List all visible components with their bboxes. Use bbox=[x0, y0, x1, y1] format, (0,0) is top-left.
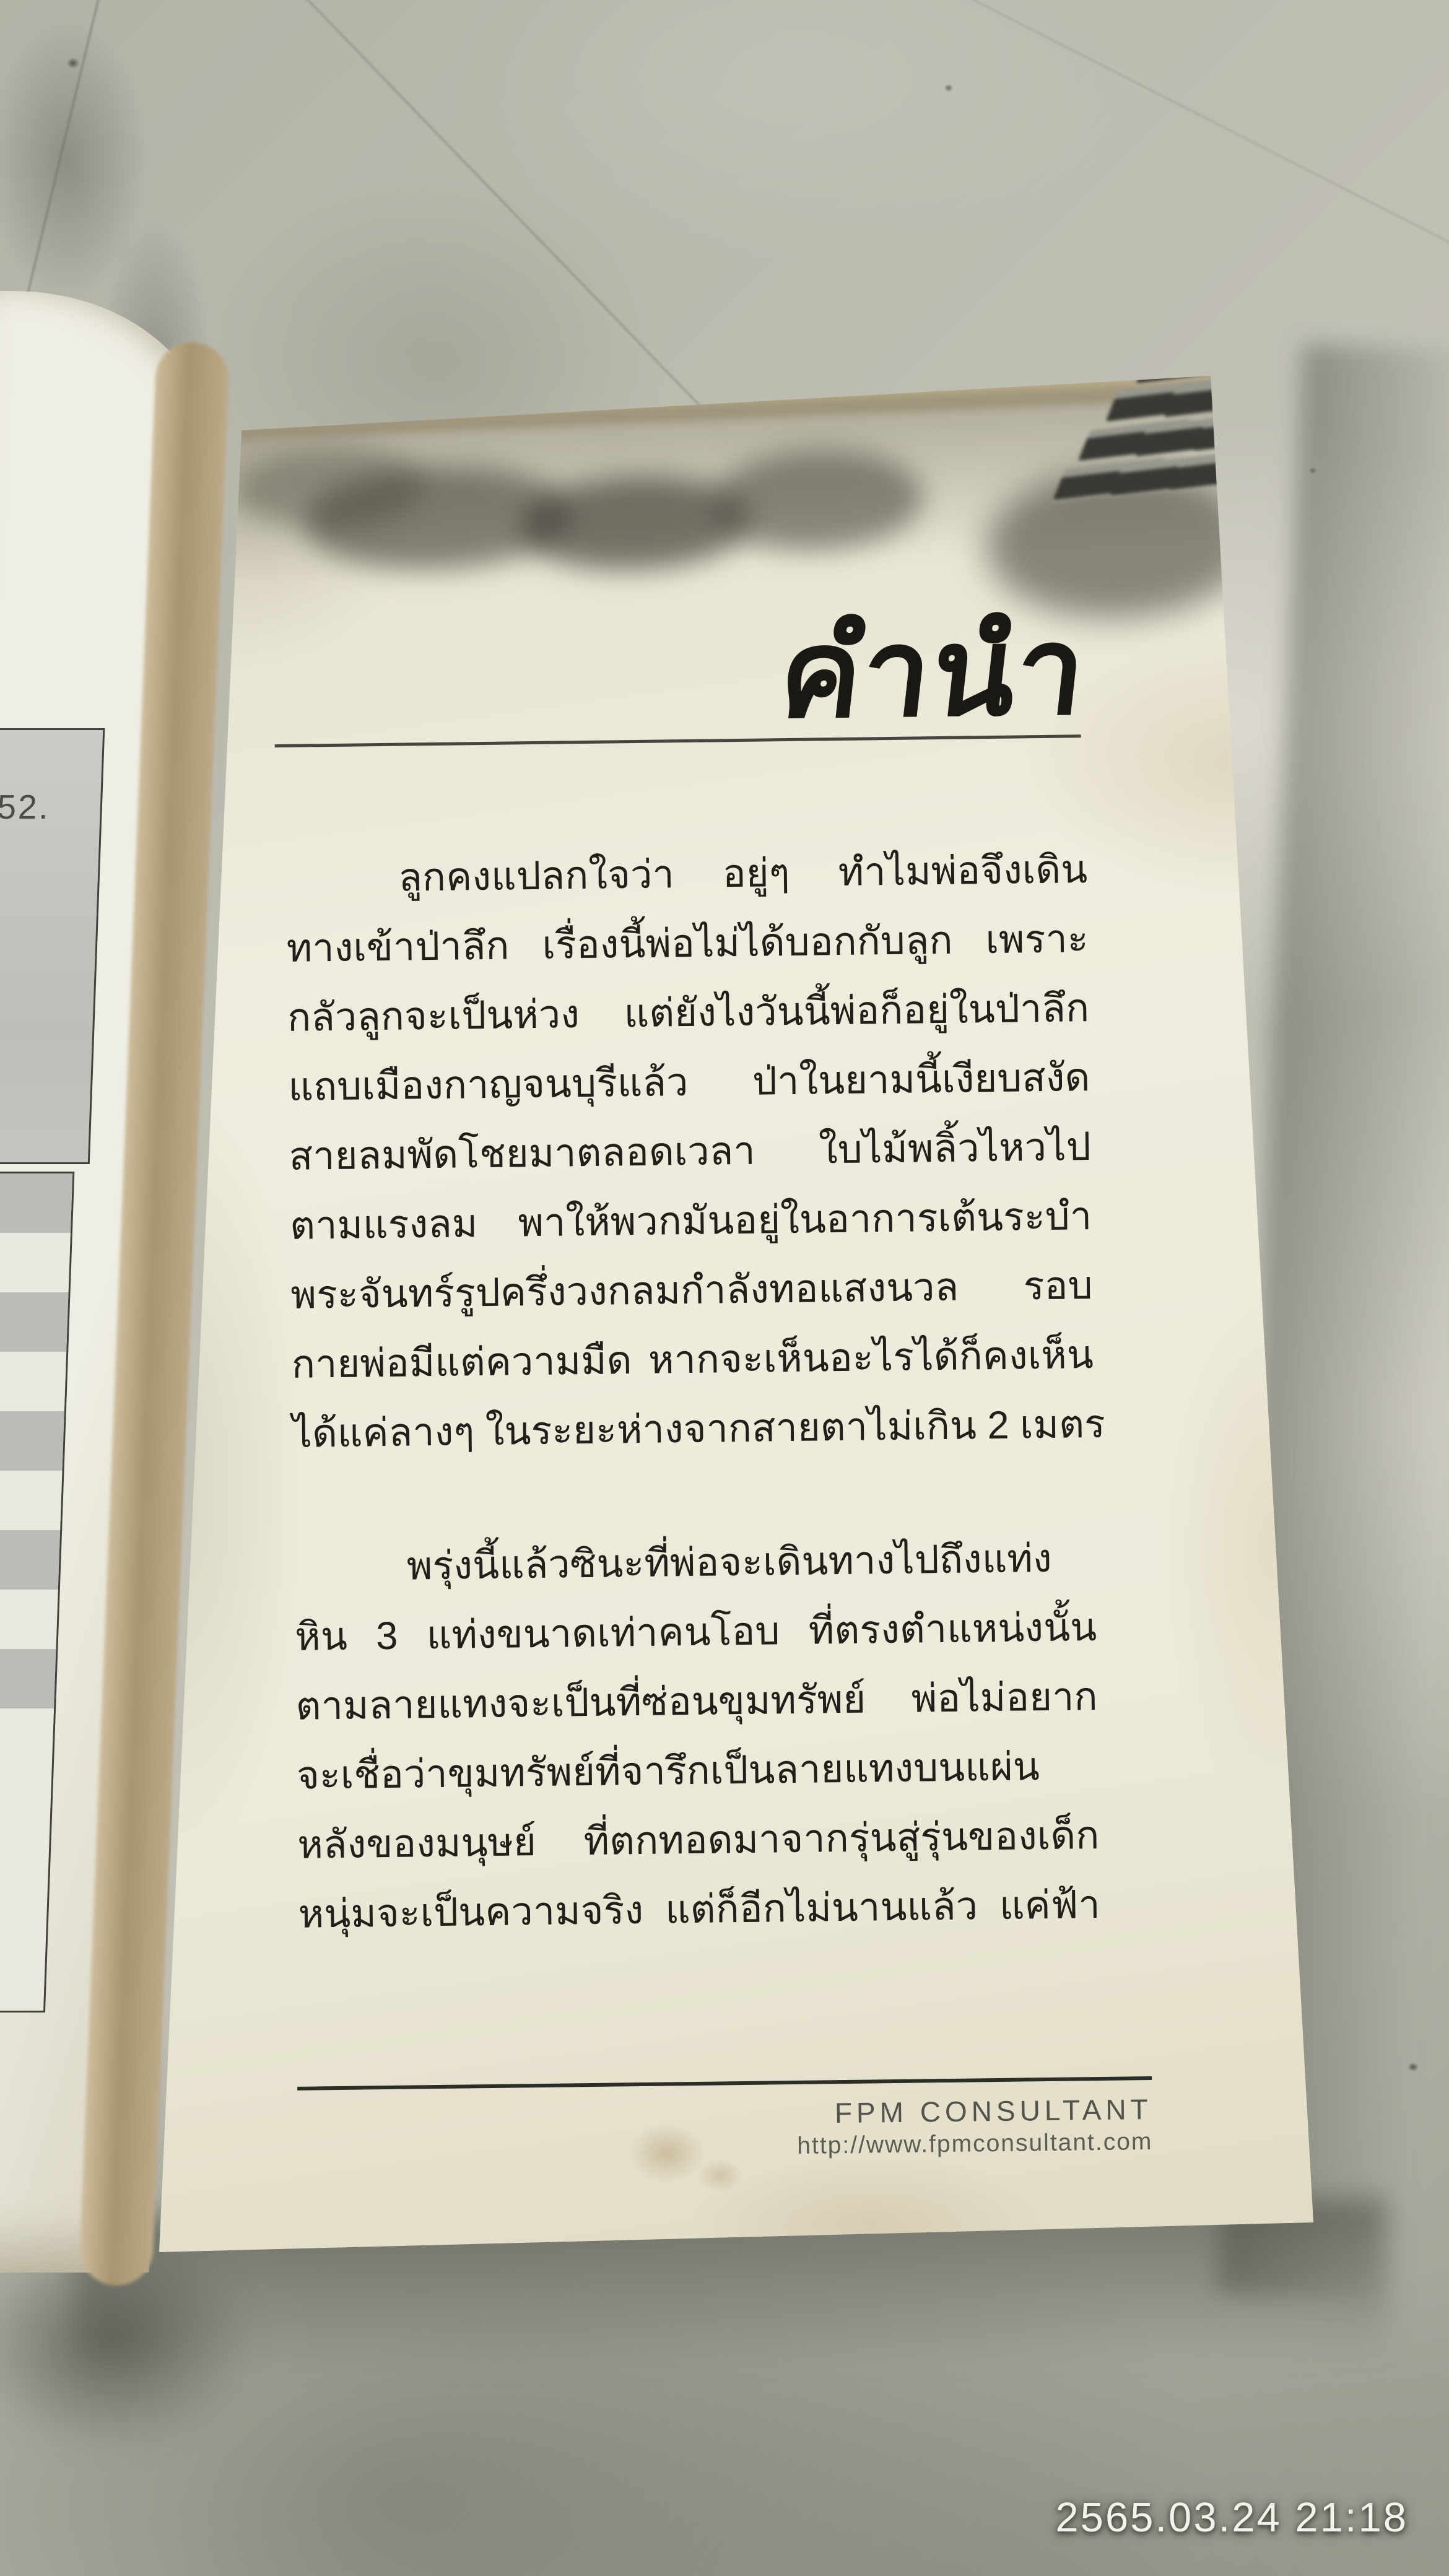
left-page-striped-table: 30 3-9 bbox=[0, 1172, 74, 2012]
text-line: จะเชื่อว่าขุมทรัพย์ที่จารึกเป็นลายแทงบนแ… bbox=[296, 1731, 1099, 1811]
page-content: คำนำ ลูกคงแปลกใจว่า อยู่ๆ ทำไมพ่อจึงเดิน… bbox=[146, 362, 1333, 2271]
text-line: พรุ่งนี้แล้วซินะที่พ่อจะเดินทางไปถึงแท่ง bbox=[294, 1523, 1096, 1603]
text-line: ลูกคงแปลกใจว่า อยู่ๆ ทำไมพ่อจึงเดิน bbox=[285, 835, 1088, 914]
text-line: หลังของมนุษย์ ที่ตกทอดมาจากรุ่นสู่รุ่นขอ… bbox=[297, 1801, 1100, 1880]
text-line: พระจันทร์รูปครึ่งวงกลมกำลังทอแสงนวล รอบ bbox=[290, 1251, 1093, 1330]
text-line: แถบเมืองกาญจนบุรีแล้ว ป่าในยามนี้เงียบสง… bbox=[288, 1043, 1090, 1122]
text-line: กลัวลูกจะเป็นห่วง แต่ยังไงวันนี้พ่อก็อยู… bbox=[287, 973, 1089, 1053]
footer-rule bbox=[297, 2076, 1152, 2091]
text-line: หิน 3 แท่งขนาดเท่าคนโอบ ที่ตรงตำแหน่งนั้… bbox=[295, 1593, 1097, 1672]
text-line: ได้แค่ลางๆ ในระยะห่างจากสายตาไม่เกิน 2 เ… bbox=[292, 1390, 1095, 1469]
body-paragraph-1: ลูกคงแปลกใจว่า อยู่ๆ ทำไมพ่อจึงเดินทางเข… bbox=[285, 835, 1095, 1469]
table-stripes bbox=[0, 1173, 72, 1731]
text-line: ตามลายแทงจะเป็นที่ซ่อนขุมทรัพย์ พ่อไม่อย… bbox=[295, 1662, 1098, 1741]
footer-url: http://www.fpmconsultant.com bbox=[797, 2128, 1153, 2160]
footer-company: FPM CONSULTANT bbox=[835, 2092, 1152, 2130]
text-line: ตามแรงลม พาให้พวกมันอยู่ในอาการเต้นระบำ bbox=[289, 1181, 1092, 1261]
text-line: กายพ่อมีแต่ความมืด หากจะเห็นอะไรได้ก็คงเ… bbox=[291, 1320, 1094, 1399]
body-paragraph-2: พรุ่งนี้แล้วซินะที่พ่อจะเดินทางไปถึงแท่ง… bbox=[294, 1523, 1100, 1949]
title-rule bbox=[275, 734, 1081, 747]
text-line: ทางเข้าป่าลึก เรื่องนี้พ่อไม่ได้บอกกับลู… bbox=[286, 904, 1089, 983]
left-page-figure-box: 552. bbox=[0, 728, 105, 1164]
citation-fragment: 552. bbox=[0, 787, 51, 827]
text-line: สายลมพัดโชยมาตลอดเวลา ใบไม้พลิ้วไหวไป bbox=[289, 1112, 1091, 1191]
page-title: คำนำ bbox=[773, 603, 1094, 742]
book-photo: 552. 30 3-9 bbox=[0, 0, 1449, 2576]
right-page: คำนำ ลูกคงแปลกใจว่า อยู่ๆ ทำไมพ่อจึงเดิน… bbox=[158, 368, 1322, 2263]
camera-timestamp: 2565.03.24 21:18 bbox=[1055, 2494, 1408, 2541]
text-line: หนุ่มจะเป็นความจริง แต่ก็อีกไม่นานแล้ว แ… bbox=[298, 1870, 1100, 1949]
